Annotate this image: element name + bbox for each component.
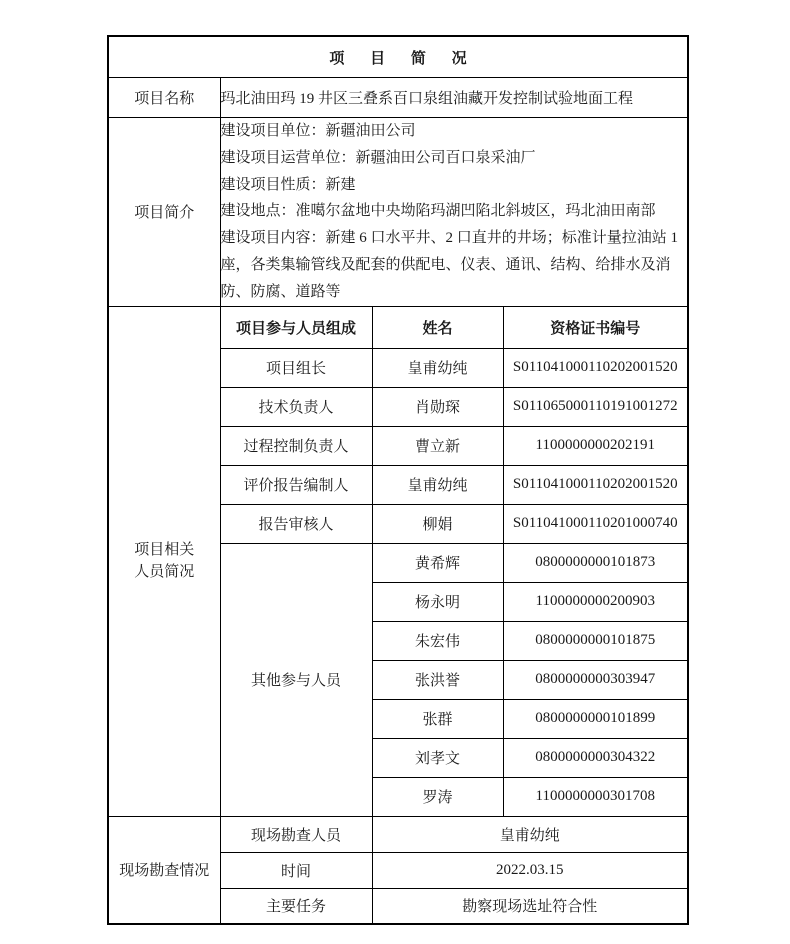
project-brief-label: 项目简介: [108, 118, 220, 307]
name-cell: 肖勋琛: [372, 387, 503, 426]
personnel-header-name: 姓名: [372, 306, 503, 348]
role-cell: 技术负责人: [220, 387, 372, 426]
brief-paragraph: 建设项目单位：新疆油田公司: [221, 118, 688, 145]
name-cell: 刘孝文: [372, 738, 503, 777]
cert-cell: 0800000000101873: [503, 543, 688, 582]
survey-row-value: 勘察现场选址符合性: [372, 888, 688, 924]
project-brief-content: 建设项目单位：新疆油田公司 建设项目运营单位：新疆油田公司百口泉采油厂 建设项目…: [220, 118, 688, 307]
personnel-header-composition: 项目参与人员组成: [220, 306, 372, 348]
name-cell: 皇甫幼纯: [372, 348, 503, 387]
cert-cell: 1100000000200903: [503, 582, 688, 621]
project-overview-table: 项 目 简 况 项目名称 玛北油田玛 19 井区三叠系百口泉组油藏开发控制试验地…: [107, 35, 689, 925]
cert-cell: 1100000000202191: [503, 426, 688, 465]
cert-cell: 1100000000301708: [503, 777, 688, 816]
cert-cell: S011041000110202001520: [503, 348, 688, 387]
others-group-label: 其他参与人员: [220, 543, 372, 816]
brief-paragraph: 建设地点：准噶尔盆地中央坳陷玛湖凹陷北斜坡区，玛北油田南部: [221, 198, 688, 225]
cert-cell: 0800000000101875: [503, 621, 688, 660]
cert-cell: 0800000000303947: [503, 660, 688, 699]
role-cell: 报告审核人: [220, 504, 372, 543]
brief-paragraph: 建设项目运营单位：新疆油田公司百口泉采油厂: [221, 145, 688, 172]
name-cell: 皇甫幼纯: [372, 465, 503, 504]
personnel-section-label: 项目相关 人员简况: [108, 306, 220, 816]
document-page: 项 目 简 况 项目名称 玛北油田玛 19 井区三叠系百口泉组油藏开发控制试验地…: [0, 0, 790, 944]
survey-row-label: 现场勘查人员: [220, 816, 372, 852]
name-cell: 朱宏伟: [372, 621, 503, 660]
personnel-section-label-line1: 项目相关: [109, 539, 220, 561]
role-cell: 评价报告编制人: [220, 465, 372, 504]
cert-cell: S011041000110202001520: [503, 465, 688, 504]
cert-cell: 0800000000101899: [503, 699, 688, 738]
survey-row-value: 2022.03.15: [372, 852, 688, 888]
project-name-label: 项目名称: [108, 78, 220, 118]
personnel-header-cert: 资格证书编号: [503, 306, 688, 348]
cert-cell: S011065000110191001272: [503, 387, 688, 426]
survey-row: 现场勘查情况 现场勘查人员 皇甫幼纯: [108, 816, 688, 852]
name-cell: 罗涛: [372, 777, 503, 816]
survey-row-label: 时间: [220, 852, 372, 888]
cert-cell: 0800000000304322: [503, 738, 688, 777]
name-cell: 柳娟: [372, 504, 503, 543]
table-title: 项 目 简 况: [108, 36, 688, 78]
role-cell: 项目组长: [220, 348, 372, 387]
personnel-section-label-line2: 人员简况: [109, 561, 220, 583]
project-name-value: 玛北油田玛 19 井区三叠系百口泉组油藏开发控制试验地面工程: [220, 78, 688, 118]
survey-row-value: 皇甫幼纯: [372, 816, 688, 852]
survey-row-label: 主要任务: [220, 888, 372, 924]
role-cell: 过程控制负责人: [220, 426, 372, 465]
brief-paragraph: 建设项目性质：新建: [221, 172, 688, 199]
brief-paragraph: 建设项目内容：新建 6 口水平井、2 口直井的井场；标准计量拉油站 1 座，各类…: [221, 225, 688, 305]
cert-cell: S011041000110201000740: [503, 504, 688, 543]
name-cell: 杨永明: [372, 582, 503, 621]
name-cell: 曹立新: [372, 426, 503, 465]
name-cell: 张洪誉: [372, 660, 503, 699]
name-cell: 张群: [372, 699, 503, 738]
name-cell: 黄希辉: [372, 543, 503, 582]
survey-section-label: 现场勘查情况: [108, 816, 220, 924]
